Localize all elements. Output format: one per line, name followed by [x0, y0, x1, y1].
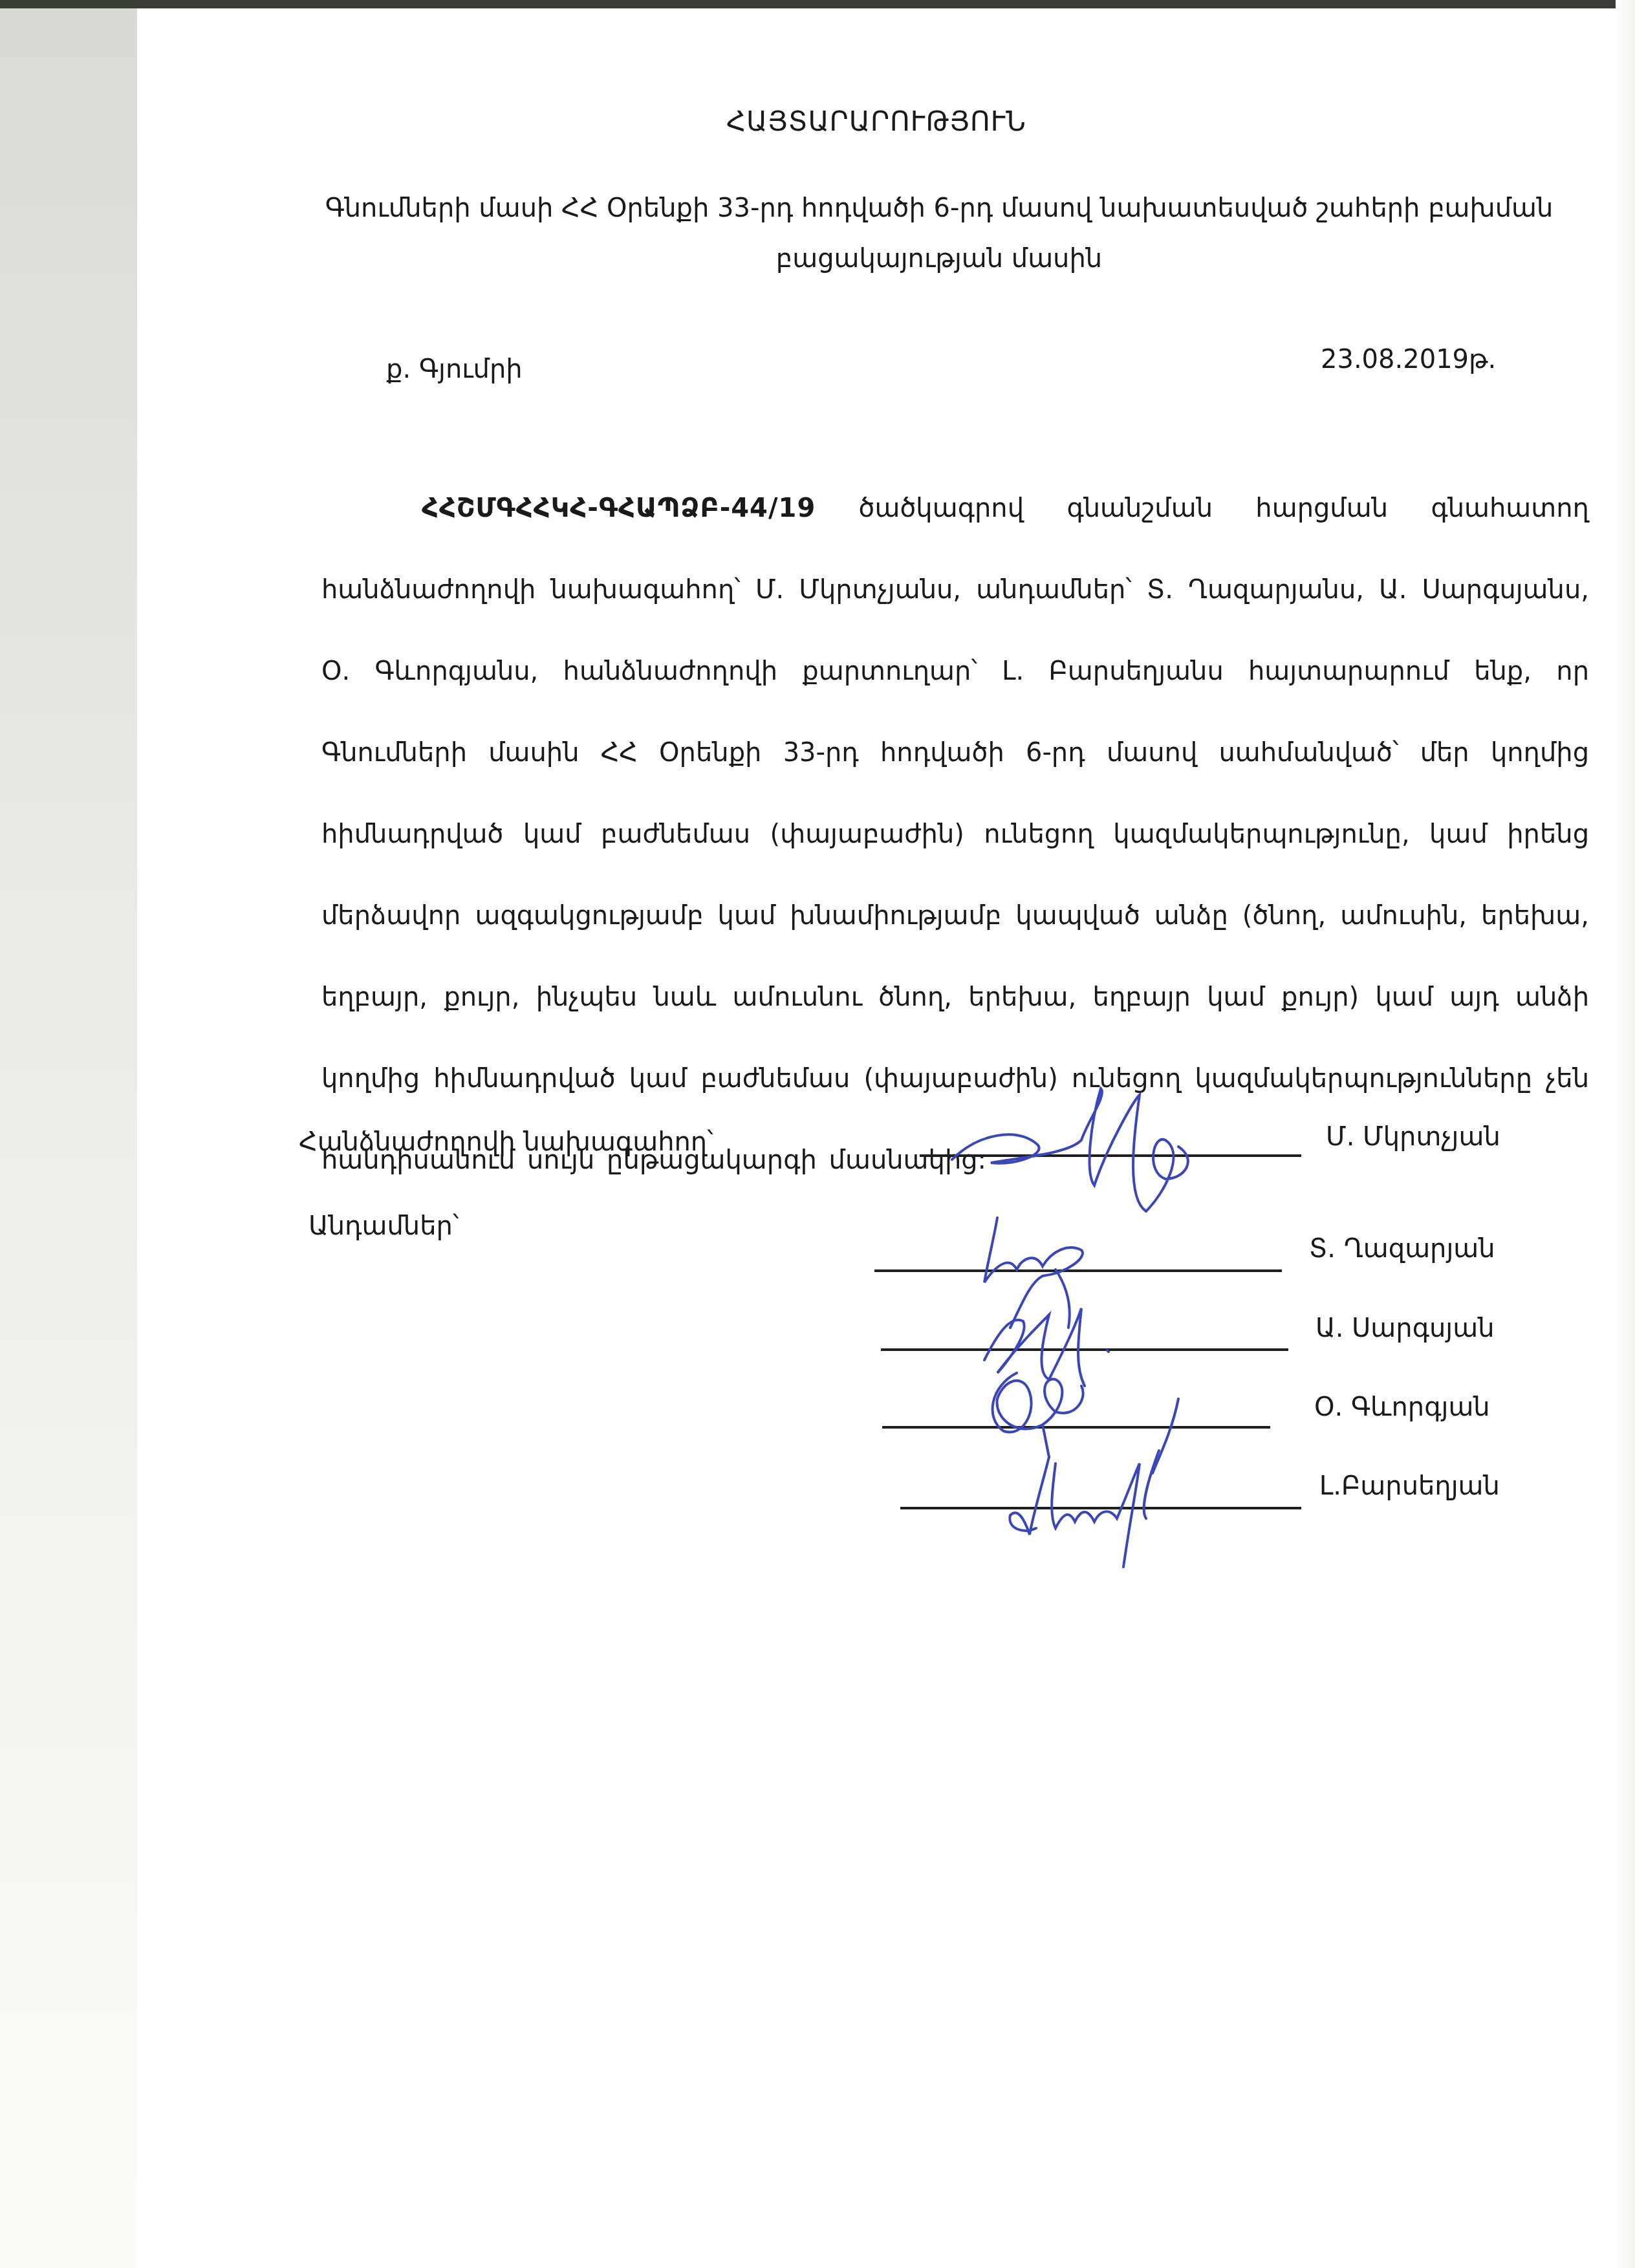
chair-label: Հանձնաժողովի նախագահող՝	[299, 1127, 713, 1157]
signatory-name-member-3: Օ. Գևորգյան	[1314, 1392, 1490, 1422]
procurement-code: ՀՀՇՄԳՀՀԿՀ-ԳՀԱՊՁԲ-44/19	[422, 493, 816, 523]
document-title: ՀԱՅՏԱՐԱՐՈՒԹՅՈՒՆ	[137, 105, 1616, 137]
signatory-name-member-2: Ա. Սարգսյան	[1316, 1313, 1495, 1343]
scan-margin-right	[1616, 0, 1635, 2268]
document-page: ՀԱՅՏԱՐԱՐՈՒԹՅՈՒՆ Գնումների մասի ՀՀ Օրենքի…	[137, 8, 1616, 2268]
scan-margin-left	[0, 0, 137, 2268]
signature-scribble-secretary	[997, 1444, 1230, 1573]
document-subtitle: Գնումների մասի ՀՀ Օրենքի 33-րդ հոդվածի 6…	[299, 183, 1579, 284]
document-city: ք. Գյումրի	[386, 354, 523, 384]
signatory-name-member-1: Տ. Ղազարյան	[1309, 1234, 1495, 1264]
signatory-name-chair: Մ. Մկրտչյան	[1326, 1122, 1500, 1152]
declaration-text: ծածկագրով գնանշման հարցման գնահատող հանձ…	[321, 493, 1589, 1175]
scan-edge-top	[0, 0, 1635, 8]
members-label: Անդամներ՝	[309, 1211, 459, 1241]
document-date: 23.08.2019թ.	[1321, 345, 1496, 374]
signatory-name-secretary: Լ.Բարսեղյան	[1319, 1471, 1500, 1501]
